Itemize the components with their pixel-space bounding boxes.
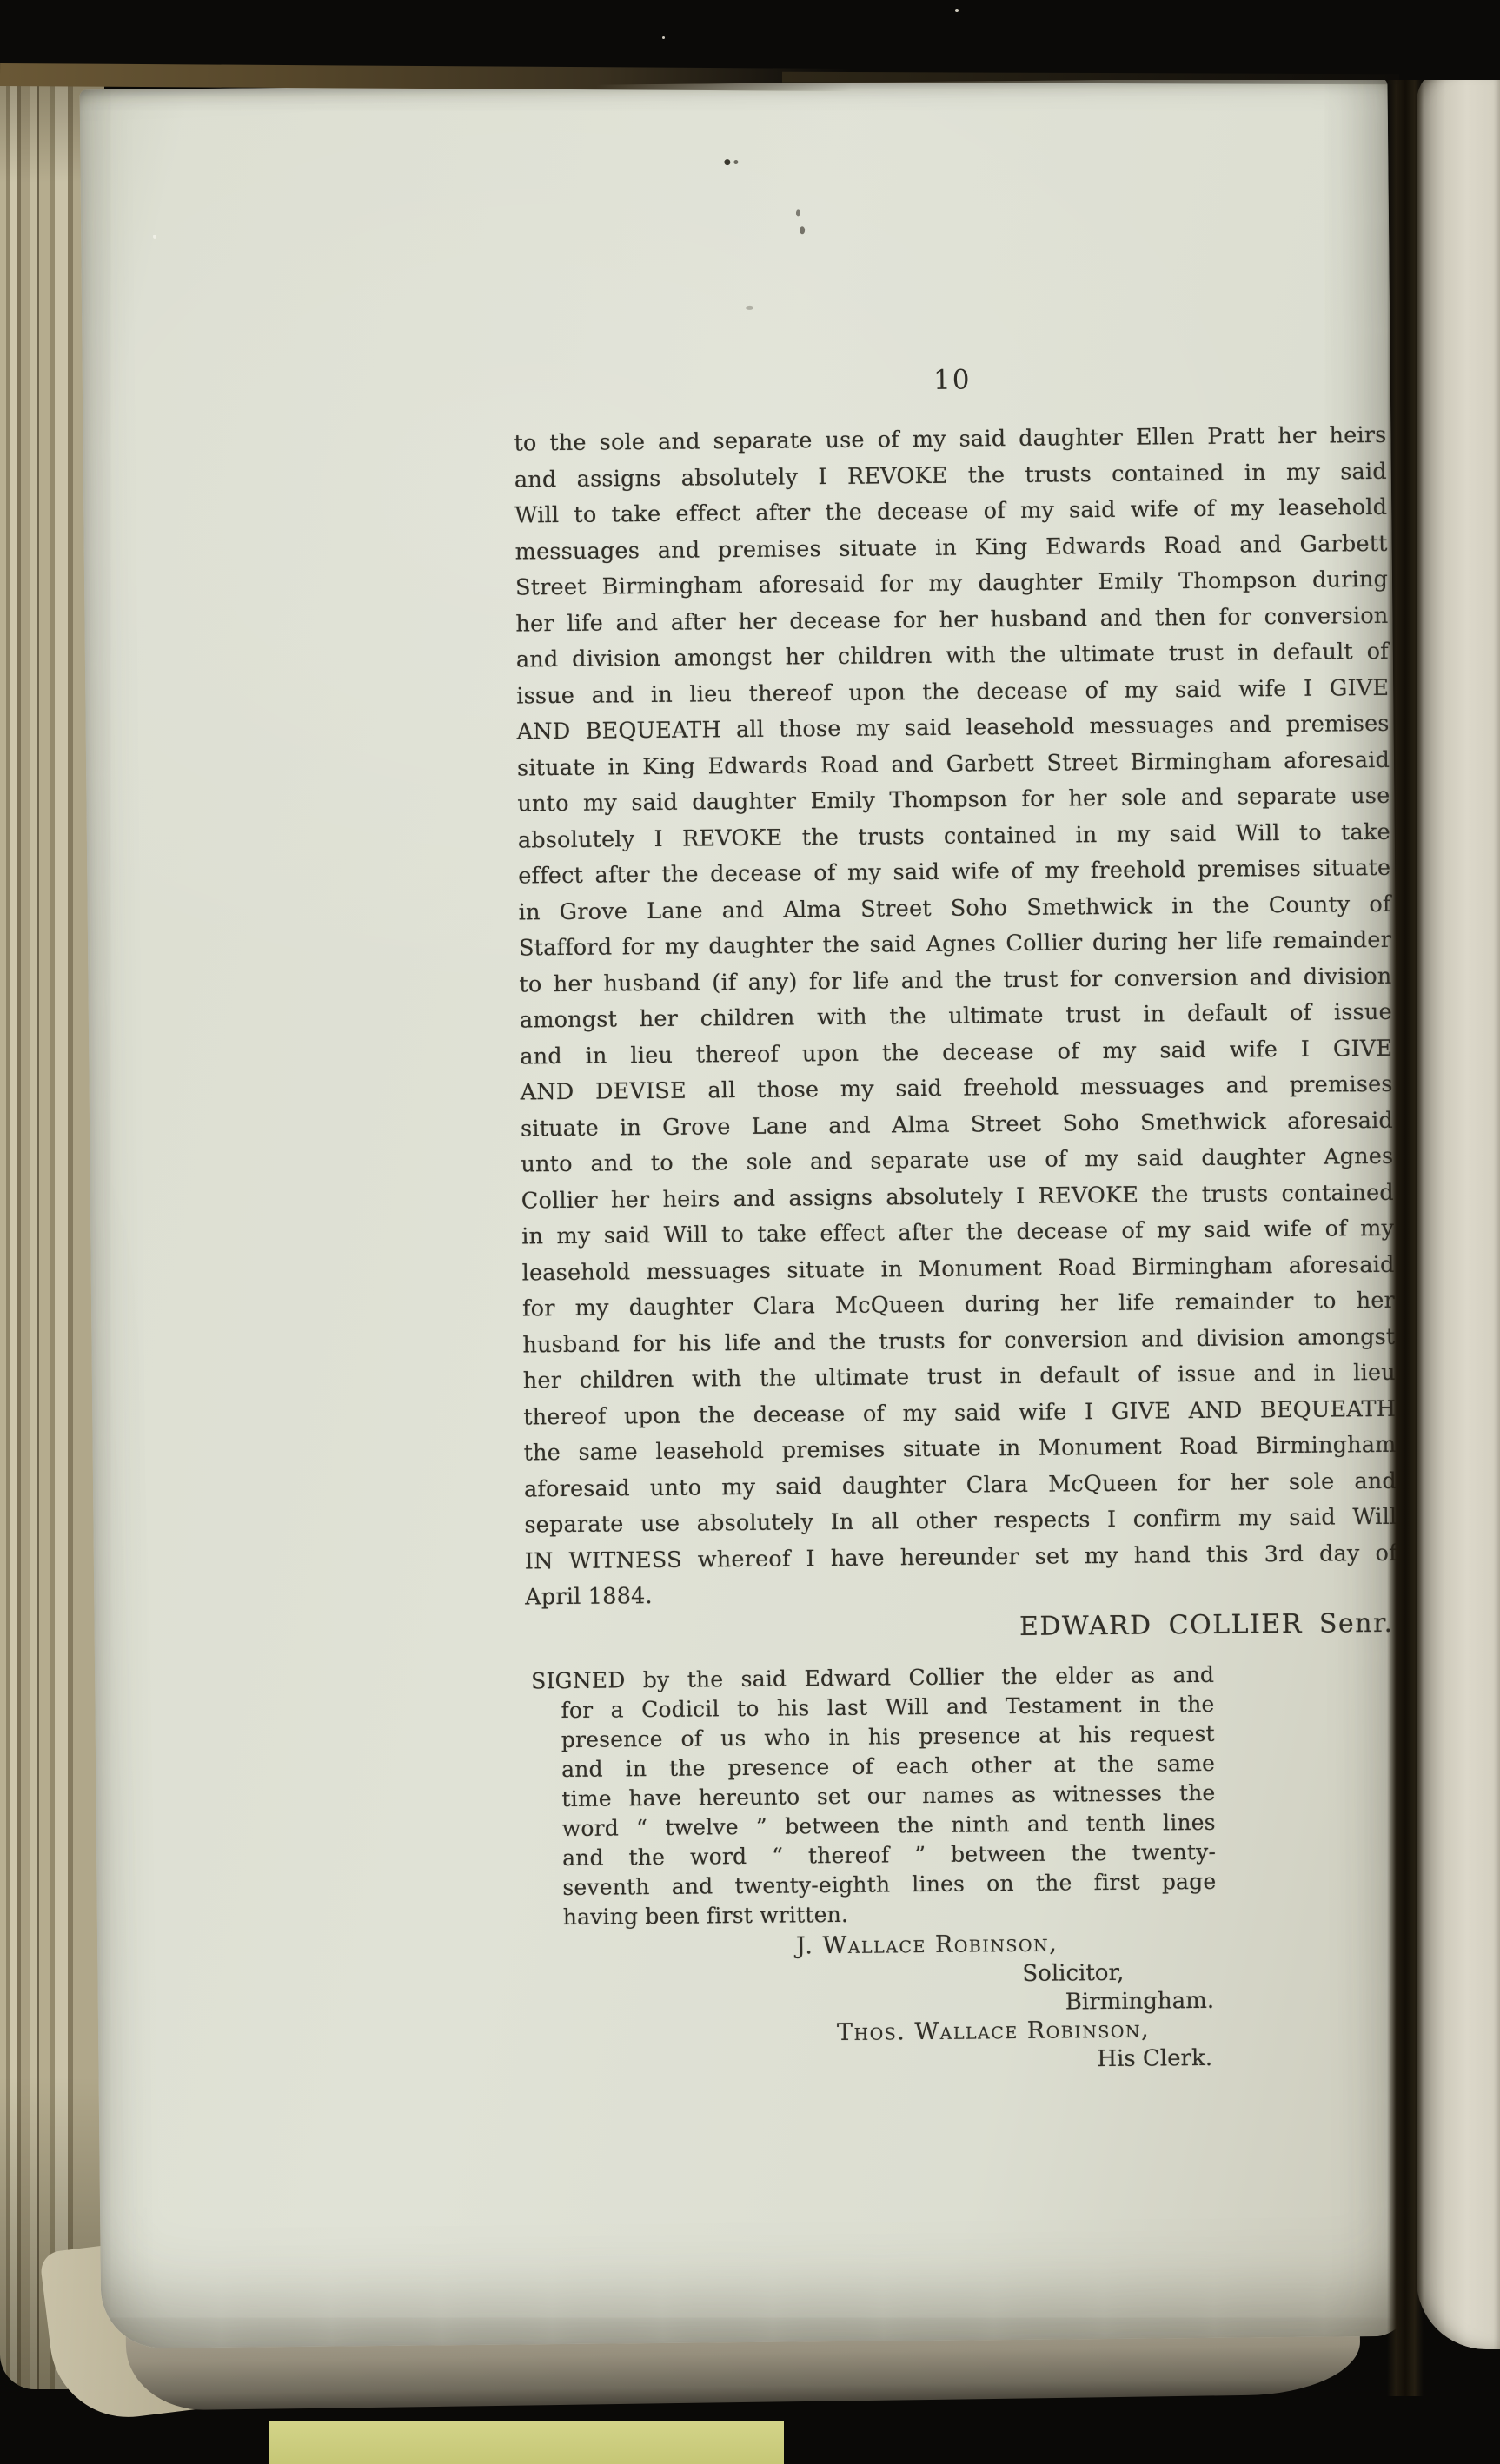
page-number: 10 (899, 364, 1006, 396)
dust-speck (955, 9, 959, 12)
yellow-slip (269, 2421, 784, 2464)
witness-name-2: Thos. Wallace Robinson, (837, 2016, 1150, 2048)
printed-text: 10 to the sole and separate use of my sa… (80, 77, 1410, 2348)
dust-speck (153, 235, 156, 239)
witness-title-1: Solicitor, (1022, 1958, 1124, 1989)
codicil-body-paragraph: to the sole and separate use of my said … (514, 418, 1397, 1616)
witness-title-2: His Clerk. (1097, 2043, 1212, 2074)
witness-name-1: J. Wallace Robinson, (796, 1930, 1058, 1962)
witness-location-1: Birmingham. (1065, 1986, 1215, 2017)
attestation-clause: SIGNED by the said Edward Collier the el… (561, 1660, 1217, 1932)
attestation-line: having been first written. (563, 1897, 1217, 1932)
book-edge-highlight-right (782, 72, 1399, 84)
attestation-line: seventh and twenty-eighth lines on the f… (562, 1867, 1216, 1903)
book-edge-highlight (0, 63, 852, 91)
scanned-book-page: 10 to the sole and separate use of my sa… (0, 0, 1500, 2464)
facing-page-edge (1417, 64, 1500, 2349)
book-gutter-shadow (1387, 59, 1424, 2396)
dust-speck (662, 36, 665, 39)
page: 10 to the sole and separate use of my sa… (80, 77, 1410, 2348)
testator-signature: EDWARD COLLIER Senr. (1019, 1608, 1394, 1642)
